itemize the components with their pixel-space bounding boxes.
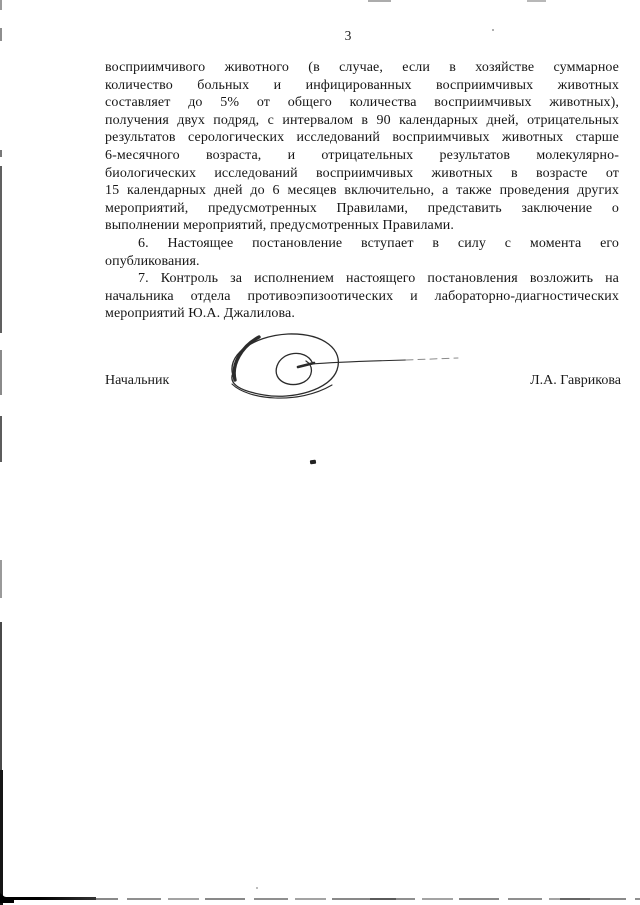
text-line: начальника отдела противоэпизоотических … [105, 288, 619, 306]
scan-artifact-corner-wedge [0, 893, 14, 903]
scan-artifact-speck [256, 887, 258, 889]
scan-artifact-left-edge [0, 770, 3, 905]
scan-artifact-top-dash [368, 0, 391, 2]
text-line: 15 календарных дней до 6 месяцев включит… [105, 182, 619, 200]
text-line: получения двух подряд, с интервалом в 90… [105, 112, 619, 130]
scan-artifact-left-edge [0, 150, 2, 157]
text-line: биологических исследований восприимчивых… [105, 165, 619, 183]
scan-artifact-bottom-line-dark [0, 897, 96, 900]
scan-artifact-left-edge [0, 622, 2, 770]
scan-artifact-left-edge [0, 350, 2, 395]
text-line: выполнении мероприятий, предусмотренных … [105, 217, 619, 235]
scan-artifact-left-edge [0, 28, 2, 41]
document-text: восприимчивого животного (в случае, если… [105, 59, 619, 323]
scan-artifact-speck [310, 460, 316, 465]
signature-name: Л.А. Гаврикова [530, 373, 621, 389]
scan-artifact-left-edge [0, 416, 2, 462]
text-line: результатов серологических исследований … [105, 129, 619, 147]
text-line: 6. Настоящее постановление вступает в си… [105, 235, 619, 253]
text-line: мероприятий Ю.А. Джалилова. [105, 305, 619, 323]
text-line: 7. Контроль за исполнением настоящего по… [105, 270, 619, 288]
scan-artifact-top-dash [527, 0, 546, 2]
text-line: составляет до 5% от общего количества во… [105, 94, 619, 112]
text-line: мероприятий, предусмотренных Правилами, … [105, 200, 619, 218]
scan-artifact-left-edge [0, 166, 2, 333]
scan-artifact-left-edge [0, 0, 2, 10]
text-line: 6-месячного возраста, и отрицательных ре… [105, 147, 619, 165]
text-line: опубликования. [105, 253, 619, 271]
scan-artifact-bottom-line [0, 898, 640, 900]
scan-artifact-bottom-dark-dash [370, 898, 396, 900]
signature-title: Начальник [105, 373, 169, 389]
text-line: восприимчивого животного (в случае, если… [105, 59, 619, 77]
scan-artifact-bottom-dark-dash [560, 898, 590, 900]
page-number: 3 [332, 28, 364, 44]
scan-artifact-left-edge [0, 560, 2, 598]
text-line: количество больных и инфицированных восп… [105, 77, 619, 95]
scan-artifact-speck [492, 29, 494, 31]
signature-scribble [220, 328, 470, 408]
